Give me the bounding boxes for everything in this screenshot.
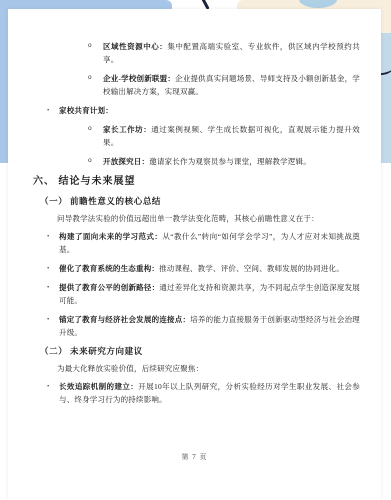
run-in-label: 区域性资源中心： [103, 42, 167, 51]
list-item: •锚定了教育与经济社会发展的连接点：培养的能力直接服务于创新驱动型经济与社会治理… [59, 313, 360, 339]
bullet-marker: • [47, 380, 49, 393]
screenshot-root: { "decorations": { "blue": "#a7c6e8", "c… [0, 0, 391, 500]
run-in-label: 提供了教育公平的创新路径： [59, 283, 159, 292]
list-item: o企业-学校创新联盟：企业提供真实问题场景、导师支持及小额创新基金，学校输出解决… [103, 72, 360, 98]
list-item: •提供了教育公平的创新路径：通过差异化支持和资源共享，为不同起点学生创造深度发展… [59, 281, 360, 307]
subsection-heading: （一） 前瞻性意义的核心总结 [40, 195, 360, 207]
run-in-label: 企业-学校创新联盟： [103, 74, 175, 83]
bullet-marker: • [47, 104, 49, 117]
item-text: 邀请家长作为观察员参与课堂，理解教学逻辑。 [149, 157, 311, 166]
bullet-marker: o [88, 122, 92, 135]
list-item: •催化了教育系统的生态重构：推动课程、教学、评价、空间、教师发展的协同进化。 [59, 262, 360, 275]
paragraph: 为最大化释放实验价值，后续研究应聚焦： [57, 362, 339, 375]
page-number-footer: 第 7 页 [8, 452, 381, 462]
bullet-marker: o [88, 154, 92, 167]
list-item: o区域性资源中心：集中配置高端实验室、专业软件，供区域内学校预约共享。 [103, 40, 360, 66]
section-heading: 六、 结论与未来展望 [33, 174, 360, 189]
list-item: •构建了面向未来的学习范式：从“教什么”转向“如何学会学习”，为人才应对未知挑战… [59, 230, 360, 256]
list-item: o开放探究日：邀请家长作为观察员参与课堂，理解教学逻辑。 [103, 155, 360, 168]
list-item: •家校共育计划： [59, 104, 360, 117]
run-in-label: 长效追踪机制的建立： [59, 382, 138, 391]
run-in-label: 家校共育计划： [59, 106, 113, 115]
bullet-marker: • [47, 230, 49, 243]
bullet-marker: • [47, 313, 49, 326]
bullet-marker: • [47, 281, 49, 294]
run-in-label: 锚定了教育与经济社会发展的连接点： [59, 315, 190, 324]
list-item: o家长工作坊：通过案例视频、学生成长数据可视化，直观展示能力提升效果。 [103, 123, 360, 149]
item-text: 推动课程、教学、评价、空间、教师发展的协同进化。 [159, 264, 344, 273]
document-body: o区域性资源中心：集中配置高端实验室、专业软件，供区域内学校预约共享。o企业-学… [8, 9, 381, 406]
document-page: o区域性资源中心：集中配置高端实验室、专业软件，供区域内学校预约共享。o企业-学… [8, 9, 381, 500]
run-in-label: 催化了教育系统的生态重构： [59, 264, 159, 273]
run-in-label: 家长工作坊： [103, 125, 151, 134]
decor-blue-strip-right [381, 33, 391, 163]
run-in-label: 开放探究日： [103, 157, 149, 166]
bullet-marker: • [47, 262, 49, 275]
subsection-heading: （二） 未来研究方向建议 [40, 345, 360, 357]
bullet-marker: o [88, 39, 92, 52]
list-item: •长效追踪机制的建立：开展10年以上队列研究，分析实验经历对学生职业发展、社会参… [59, 380, 360, 406]
run-in-label: 构建了面向未来的学习范式： [59, 232, 162, 241]
bullet-marker: o [88, 71, 92, 84]
paragraph: 问导教学法实验的价值远超出单一教学法变化范畴，其核心前瞻性意义在于： [57, 212, 339, 225]
